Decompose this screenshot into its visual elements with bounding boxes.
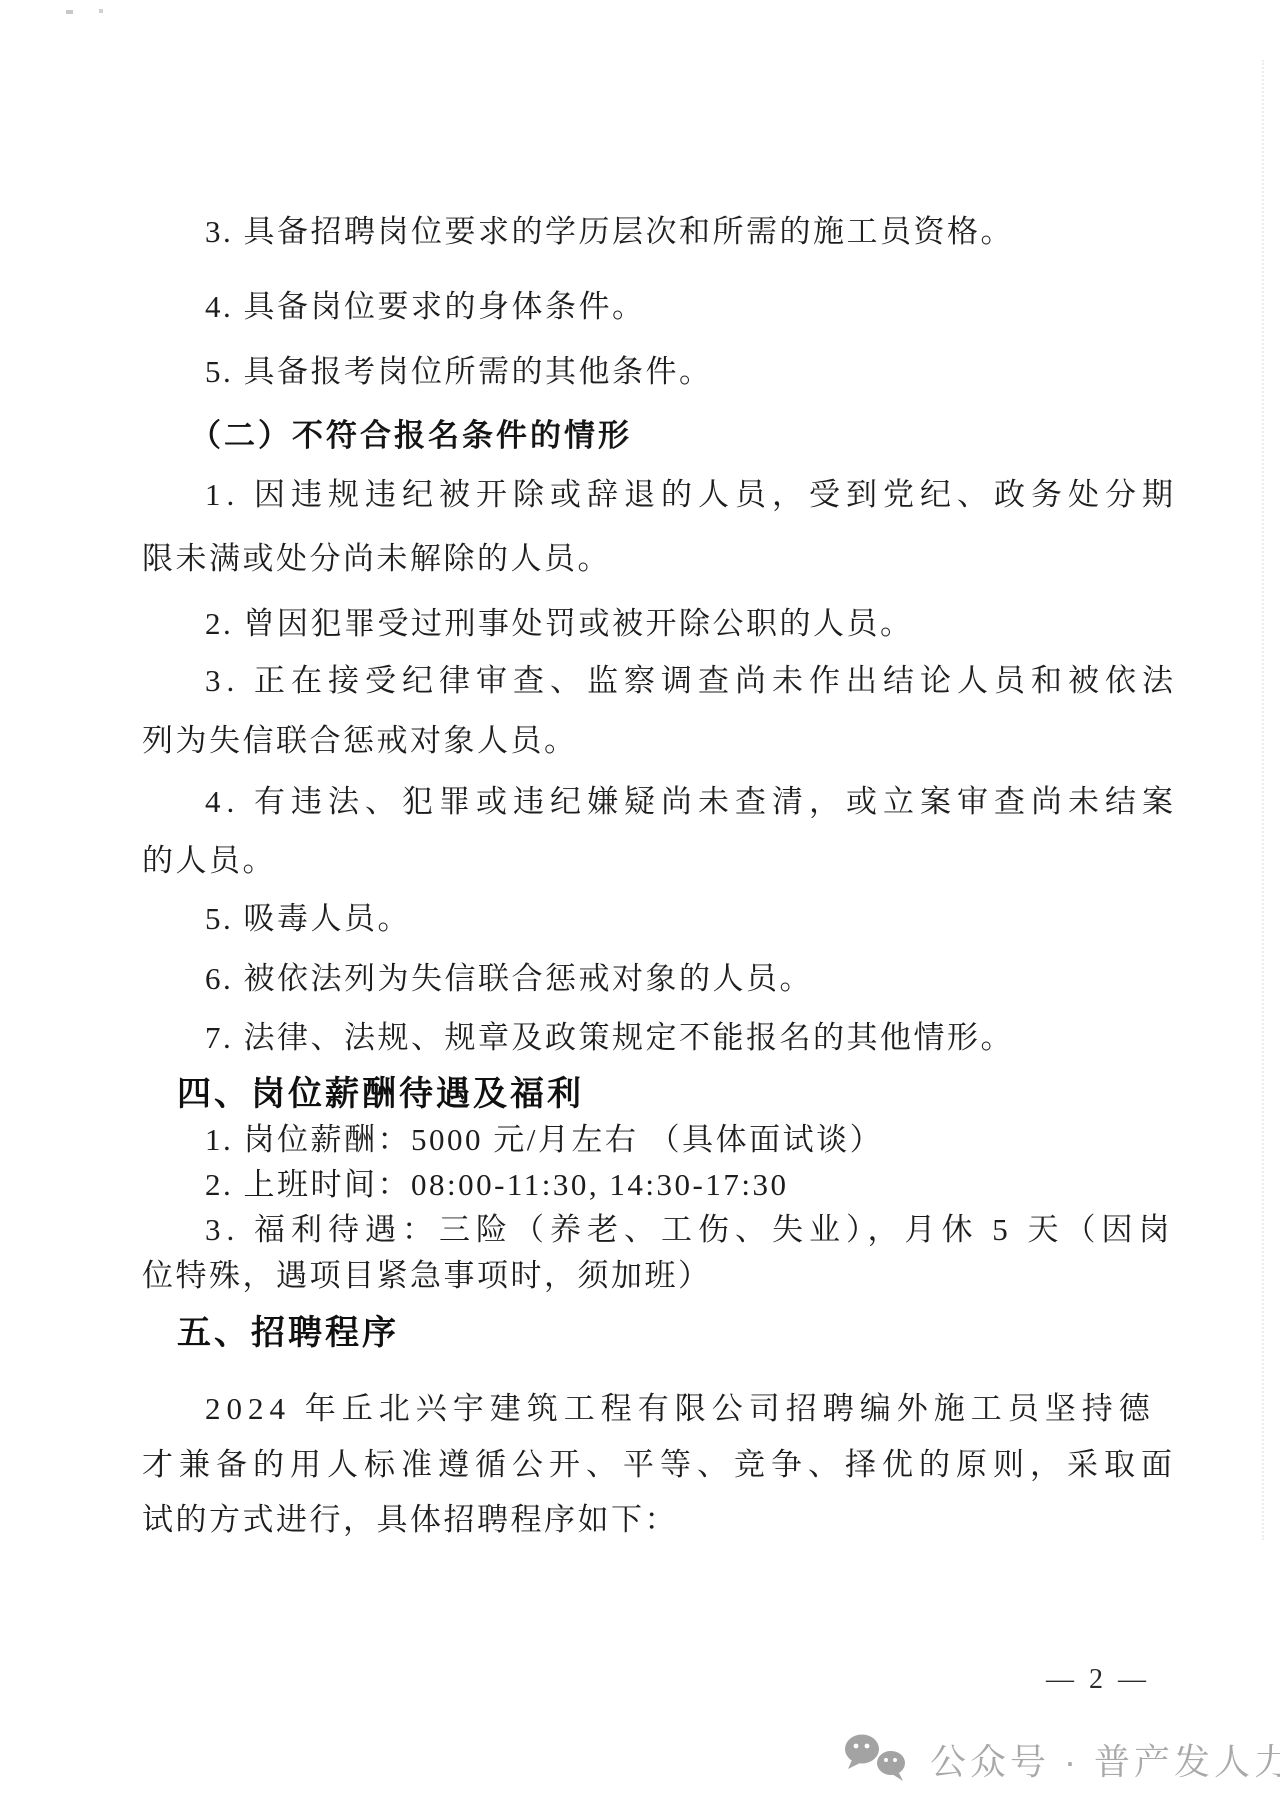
- list-item: 5. 具备报考岗位所需的其他条件。: [205, 353, 713, 390]
- list-item: 3. 正在接受纪律审查、监察调查尚未作出结论人员和被依法: [205, 662, 1179, 699]
- list-item: 4. 具备岗位要求的身体条件。: [205, 288, 646, 325]
- wechat-icon: [840, 1733, 916, 1785]
- page-number: — 2 —: [1046, 1664, 1150, 1696]
- list-item: 7. 法律、法规、规章及政策规定不能报名的其他情形。: [205, 1019, 1014, 1056]
- section-heading-four: 四、岗位薪酬待遇及福利: [177, 1074, 584, 1115]
- list-item: 2. 曾因犯罪受过刑事处罚或被开除公职的人员。: [205, 605, 914, 642]
- scan-edge-artifact: [1262, 60, 1264, 1540]
- list-item: 1. 因违规违纪被开除或辞退的人员，受到党纪、政务处分期: [205, 476, 1179, 513]
- list-item-continuation: 限未满或处分尚未解除的人员。: [142, 540, 611, 577]
- list-item-continuation: 的人员。: [142, 842, 276, 879]
- list-item-continuation: 列为失信联合惩戒对象人员。: [142, 722, 578, 759]
- list-item: 6. 被依法列为失信联合惩戒对象的人员。: [205, 960, 813, 997]
- paragraph-line: 2024 年丘北兴宇建筑工程有限公司招聘编外施工员坚持德: [205, 1390, 1156, 1427]
- section-heading-five: 五、招聘程序: [177, 1313, 399, 1354]
- list-item: 3. 福利待遇：三险（养老、工伤、失业），月休 5 天（因岗: [205, 1211, 1176, 1248]
- list-item: 4. 有违法、犯罪或违纪嫌疑尚未查清，或立案审查尚未结案: [205, 783, 1179, 820]
- watermark-text: 公众号 · 普产发人力: [930, 1734, 1280, 1785]
- scanned-document-page: 3. 具备招聘岗位要求的学历层次和所需的施工员资格。 4. 具备岗位要求的身体条…: [0, 0, 1280, 1807]
- paragraph-line: 才兼备的用人标准遵循公开、平等、竞争、择优的原则，采取面: [142, 1446, 1178, 1483]
- section-subheading: （二）不符合报名条件的情形: [190, 417, 632, 454]
- paragraph-line: 试的方式进行，具体招聘程序如下：: [142, 1501, 678, 1538]
- list-item: 3. 具备招聘岗位要求的学历层次和所需的施工员资格。: [205, 213, 1014, 250]
- scan-speck: [99, 9, 103, 13]
- list-item: 1. 岗位薪酬：5000 元/月左右 （具体面试谈）: [205, 1121, 883, 1158]
- list-item: 5. 吸毒人员。: [205, 900, 411, 937]
- scan-speck: [66, 10, 73, 14]
- list-item: 2. 上班时间：08:00-11:30, 14:30-17:30: [205, 1166, 788, 1203]
- list-item-continuation: 位特殊，遇项目紧急事项时，须加班）: [142, 1257, 712, 1294]
- watermark-footer: 公众号 · 普产发人力: [840, 1733, 1280, 1785]
